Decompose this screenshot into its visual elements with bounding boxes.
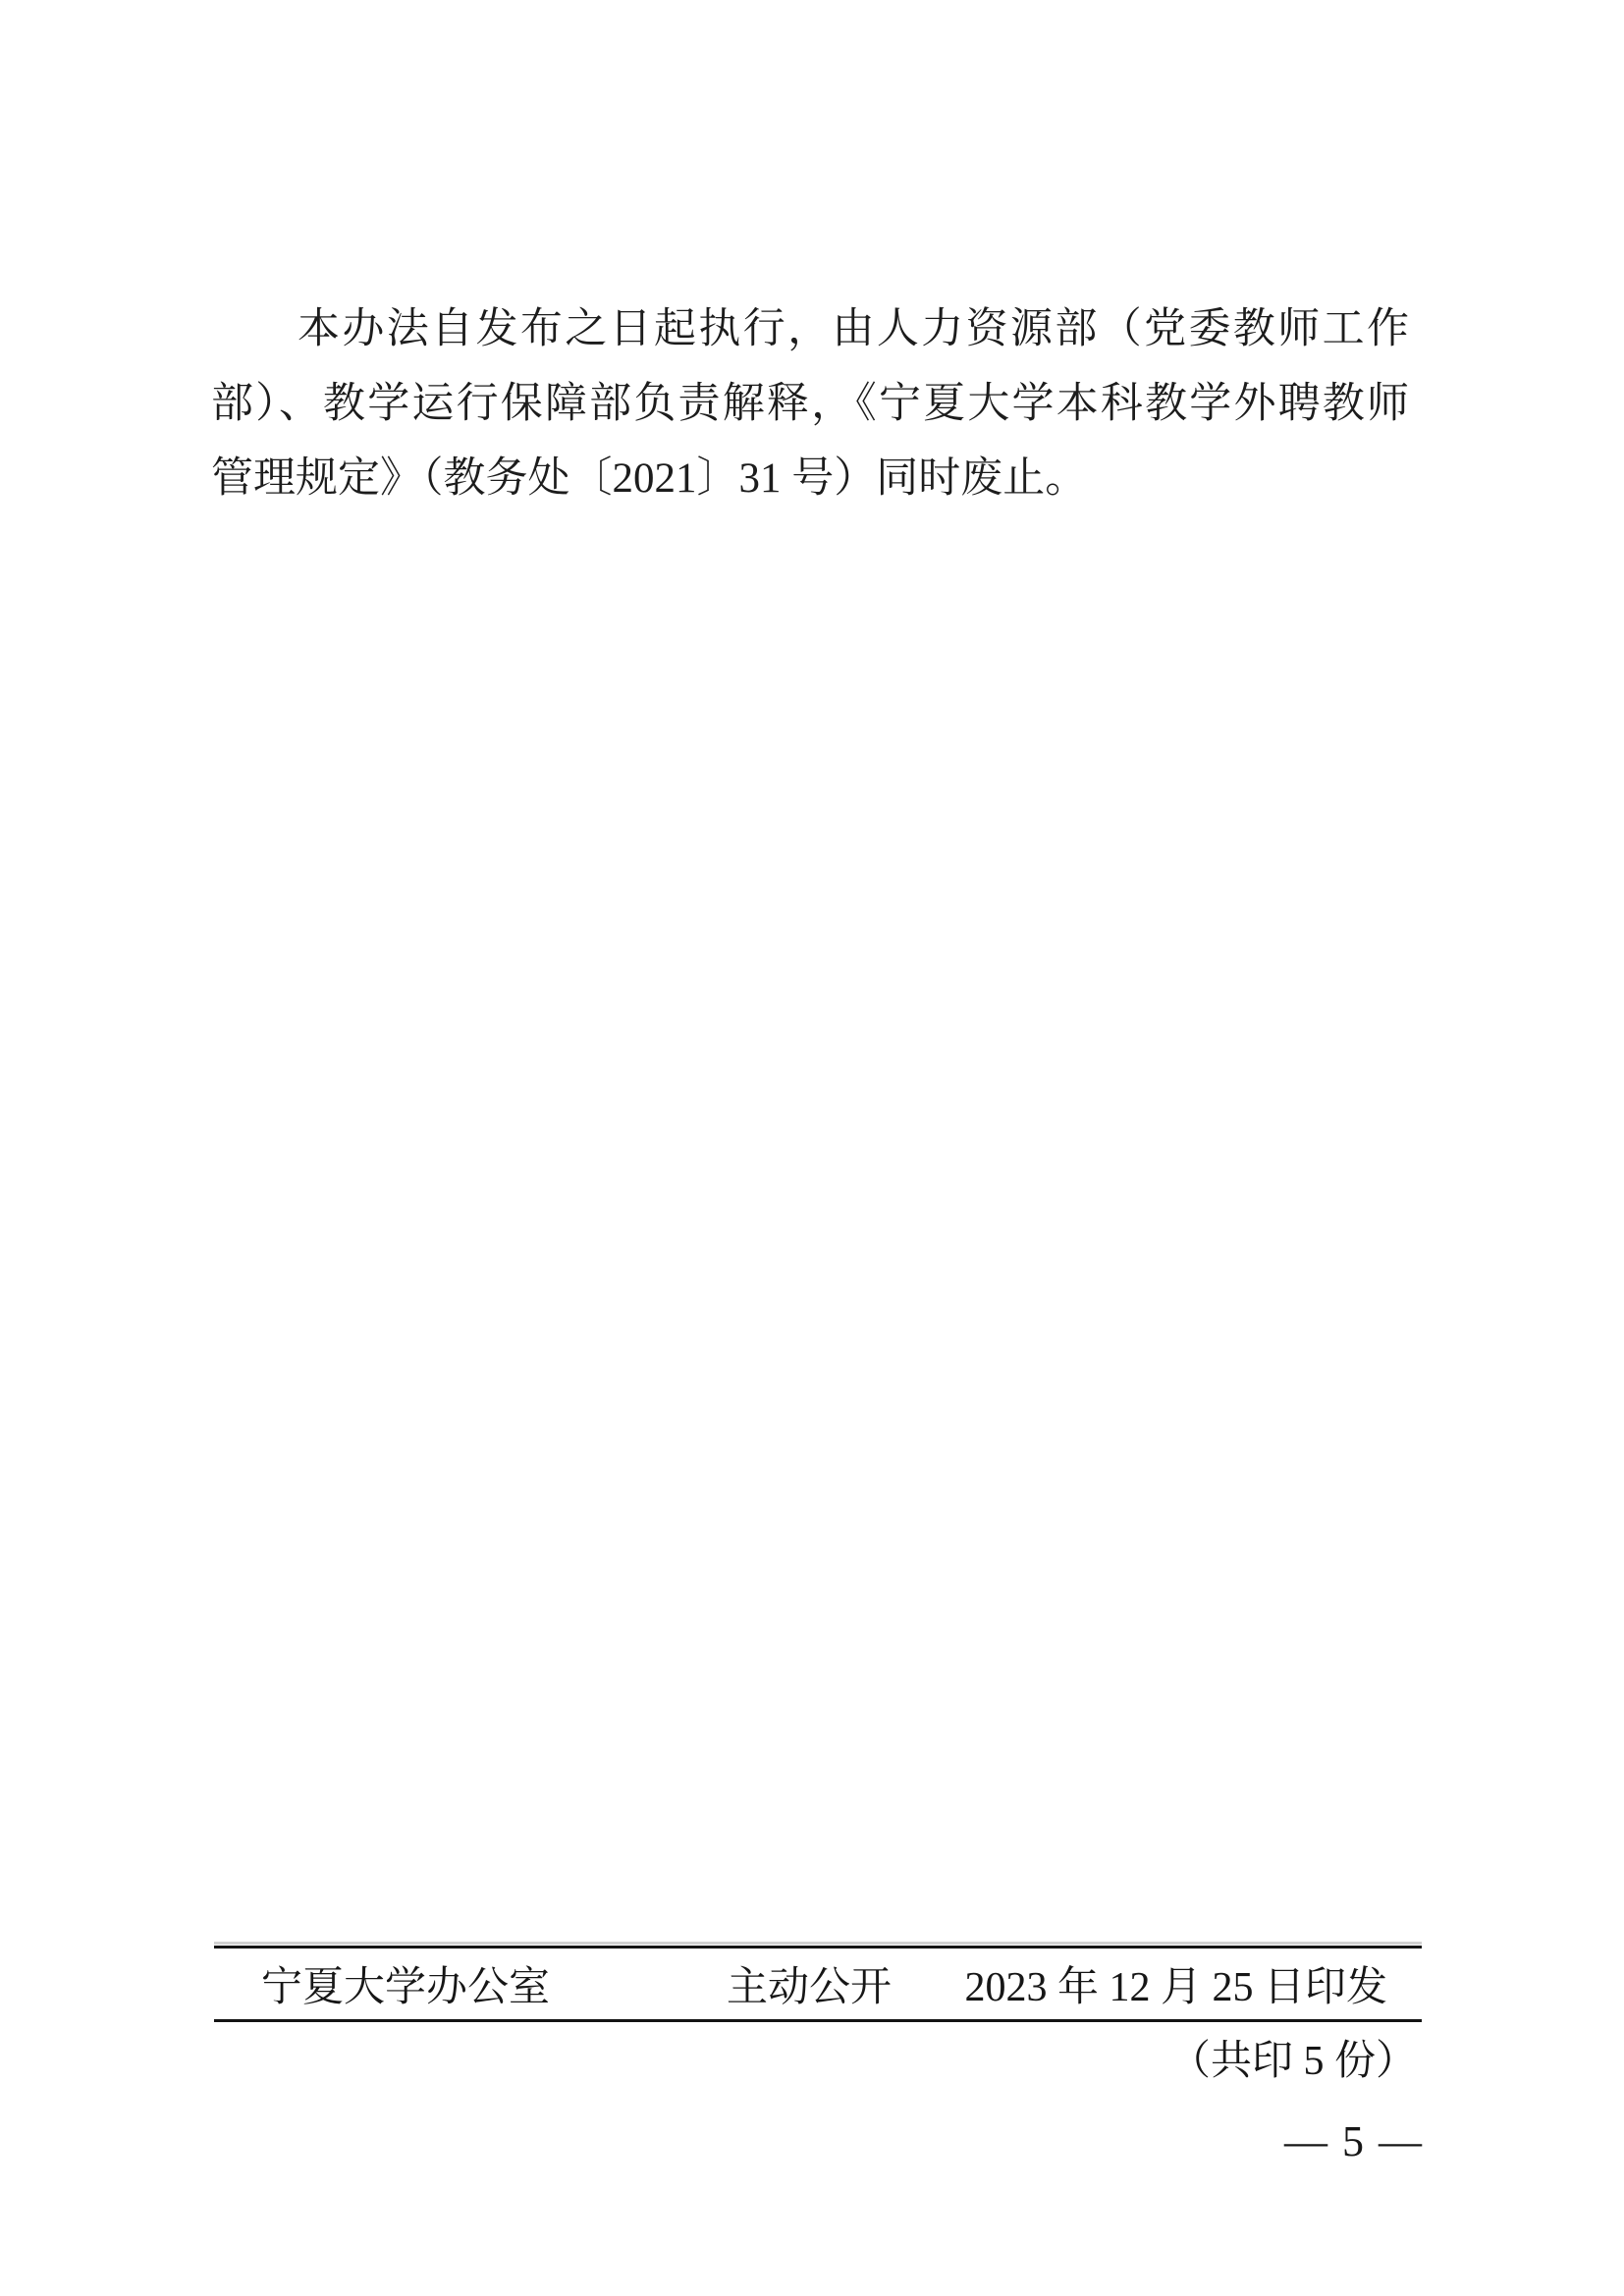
paragraph-line-3: 管理规定》（教务处〔2021〕31 号）同时废止。 xyxy=(211,442,1409,516)
closing-paragraph: 本办法自发布之日起执行，由人力资源部（党委教师工作 部）、教学运行保障部负责解释… xyxy=(211,293,1409,516)
paragraph-line-2: 部）、教学运行保障部负责解释，《宁夏大学本科教学外聘教师 xyxy=(211,367,1409,442)
page-number: — 5 — xyxy=(1284,2116,1424,2166)
colophon-row: 宁夏大学办公室 主动公开 2023 年 12 月 25 日印发 xyxy=(214,1949,1422,2019)
colophon-bottom-rule xyxy=(214,2019,1422,2022)
colophon-publicity-status: 主动公开 xyxy=(727,1954,892,2013)
colophon-print-date: 2023 年 12 月 25 日印发 xyxy=(964,1954,1387,2013)
copies-count-note: （共印 5 份） xyxy=(1169,2028,1417,2087)
paragraph-line-1: 本办法自发布之日起执行，由人力资源部（党委教师工作 xyxy=(211,293,1409,367)
colophon-issuer: 宁夏大学办公室 xyxy=(261,1954,550,2013)
document-page: 本办法自发布之日起执行，由人力资源部（党委教师工作 部）、教学运行保障部负责解释… xyxy=(0,0,1624,2296)
